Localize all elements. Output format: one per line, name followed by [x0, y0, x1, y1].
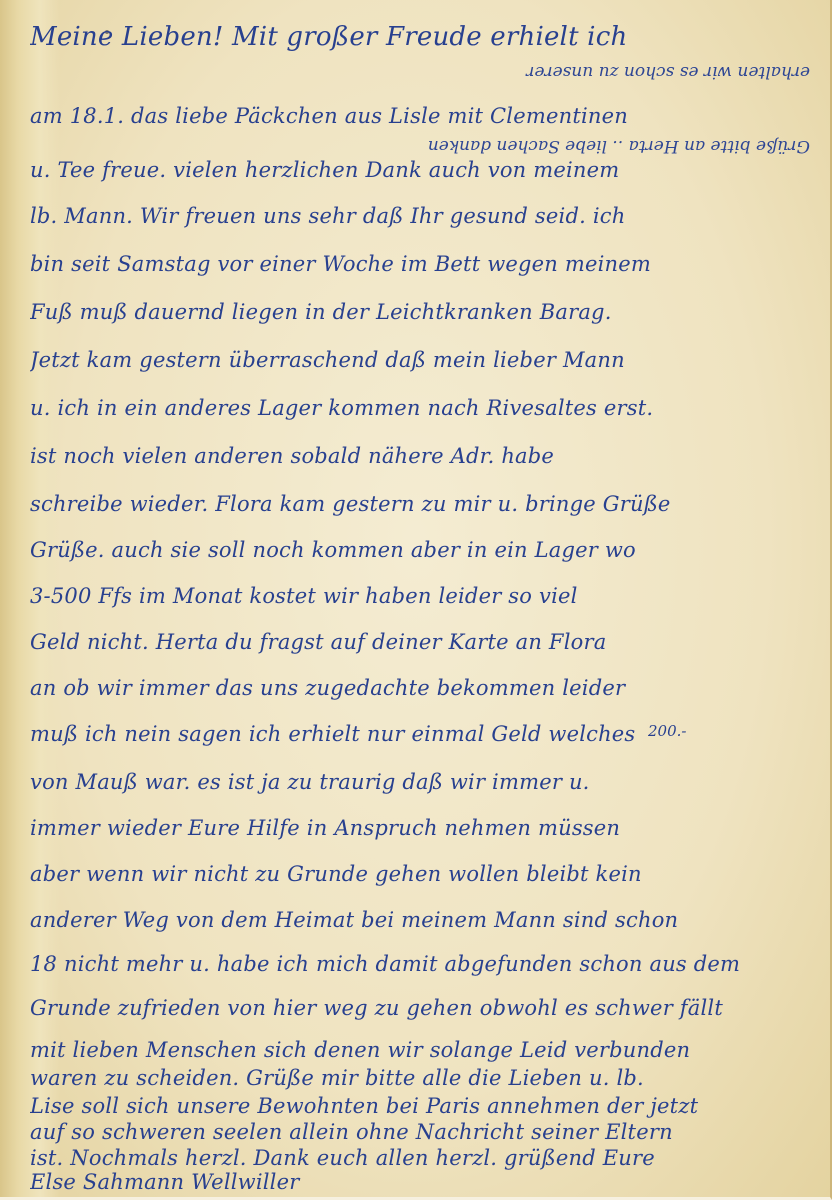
letter-sheet: Meine Lieben! Mit großer Freude erhielt …: [0, 0, 832, 1200]
letter-line-4: lb. Mann. Wir freuen uns sehr daß Ihr ge…: [30, 204, 812, 228]
letter-line-5: bin seit Samstag vor einer Woche im Bett…: [30, 252, 812, 276]
letter-line-2: am 18.1. das liebe Päckchen aus Lisle mi…: [30, 104, 812, 128]
upside-down-line-2: Grüße bitte an Herta .. liebe Sachen dan…: [30, 136, 810, 156]
letter-line-26: ist. Nochmals herzl. Dank euch allen her…: [30, 1146, 812, 1170]
letter-line-8: u. ich in ein anderes Lager kommen nach …: [30, 396, 812, 420]
letter-line-19: anderer Weg von dem Heimat bei meinem Ma…: [30, 908, 812, 932]
letter-line-7: Jetzt kam gestern überraschend daß mein …: [30, 348, 812, 372]
letter-line-23: waren zu scheiden. Grüße mir bitte alle …: [30, 1066, 812, 1090]
margin-note-amount: 200.-: [648, 722, 686, 740]
letter-signature: Else Sahmann Wellwiller: [30, 1170, 812, 1194]
letter-line-17: immer wieder Eure Hilfe in Anspruch nehm…: [30, 816, 812, 840]
letter-line-10: schreibe wieder. Flora kam gestern zu mi…: [30, 492, 812, 516]
letter-line-14: an ob wir immer das uns zugedachte bekom…: [30, 676, 812, 700]
upside-down-line-1: erhalten wir es schon zu unserer: [300, 62, 810, 82]
letter-line-13: Geld nicht. Herta du fragst auf deiner K…: [30, 630, 812, 654]
letter-line-1: Meine Lieben! Mit großer Freude erhielt …: [30, 22, 812, 52]
letter-line-11: Grüße. auch sie soll noch kommen aber in…: [30, 538, 812, 562]
letter-line-3: u. Tee freue. vielen herzlichen Dank auc…: [30, 158, 812, 182]
letter-line-9: ist noch vielen anderen sobald nähere Ad…: [30, 444, 812, 468]
letter-line-16: von Mauß war. es ist ja zu traurig daß w…: [30, 770, 812, 794]
letter-line-24: Lise soll sich unsere Bewohnten bei Pari…: [30, 1094, 812, 1118]
letter-line-21: Grunde zufrieden von hier weg zu gehen o…: [30, 996, 812, 1020]
letter-line-18: aber wenn wir nicht zu Grunde gehen woll…: [30, 862, 812, 886]
letter-line-20: 18 nicht mehr u. habe ich mich damit abg…: [30, 952, 812, 976]
letter-line-12: 3-500 Ffs im Monat kostet wir haben leid…: [30, 584, 812, 608]
letter-line-15: muß ich nein sagen ich erhielt nur einma…: [30, 722, 812, 746]
letter-line-22: mit lieben Menschen sich denen wir solan…: [30, 1038, 812, 1062]
letter-line-6: Fuß muß dauernd liegen in der Leichtkran…: [30, 300, 812, 324]
letter-line-25: auf so schweren seelen allein ohne Nachr…: [30, 1120, 812, 1144]
